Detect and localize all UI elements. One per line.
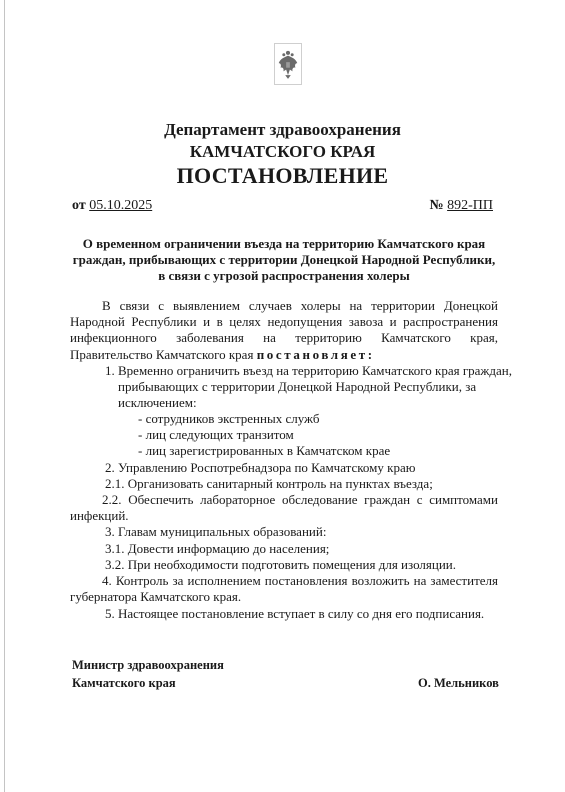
number-value: 892-ПП: [447, 198, 493, 213]
exception-item: - сотрудников экстренных служб: [138, 411, 319, 427]
signatory-name: О. Мельников: [418, 676, 499, 691]
item-2: 2. Управлению Роспотребнадзора по Камчат…: [105, 460, 415, 476]
document-date: от 05.10.2025: [72, 198, 152, 214]
document-subject: О временном ограничении въезда на террит…: [70, 236, 498, 284]
department-name: Департамент здравоохранения: [0, 120, 565, 140]
number-prefix: №: [430, 198, 444, 213]
item-1-line-1: 1. Временно ограничить въезд на территор…: [105, 363, 512, 379]
date-prefix: от: [72, 198, 86, 213]
item-3-2: 3.2. При необходимости подготовить помещ…: [105, 557, 456, 573]
signatory-position-line-1: Министр здравоохранения: [72, 658, 224, 673]
item-2-1: 2.1. Организовать санитарный контроль на…: [105, 476, 433, 492]
item-3: 3. Главам муниципальных образований:: [105, 524, 326, 540]
region-name: КАМЧАТСКОГО КРАЯ: [0, 142, 565, 162]
item-4: 4. Контроль за исполнением постановления…: [70, 573, 498, 605]
item-1-line-2: прибывающих с территории Донецкой Народн…: [118, 379, 476, 395]
item-3-1: 3.1. Довести информацию до населения;: [105, 541, 329, 557]
item-1-line-3: исключением:: [118, 395, 197, 411]
preamble-paragraph: В связи с выявлением случаев холеры на т…: [70, 298, 498, 363]
document-number: № 892-ПП: [430, 198, 493, 214]
date-value: 05.10.2025: [89, 198, 152, 213]
decree-word: постановляет:: [257, 347, 375, 362]
exception-item: - лиц следующих транзитом: [138, 427, 294, 443]
coat-of-arms-icon: [274, 43, 302, 85]
item-5: 5. Настоящее постановление вступает в си…: [105, 606, 484, 622]
document-type-title: ПОСТАНОВЛЕНИЕ: [0, 163, 565, 189]
page-edge-rule: [4, 0, 5, 792]
exception-item: - лиц зарегистрированных в Камчатском кр…: [138, 443, 390, 459]
signatory-position-line-2: Камчатского края: [72, 676, 176, 691]
item-2-2: 2.2. Обеспечить лабораторное обследовани…: [70, 492, 498, 524]
